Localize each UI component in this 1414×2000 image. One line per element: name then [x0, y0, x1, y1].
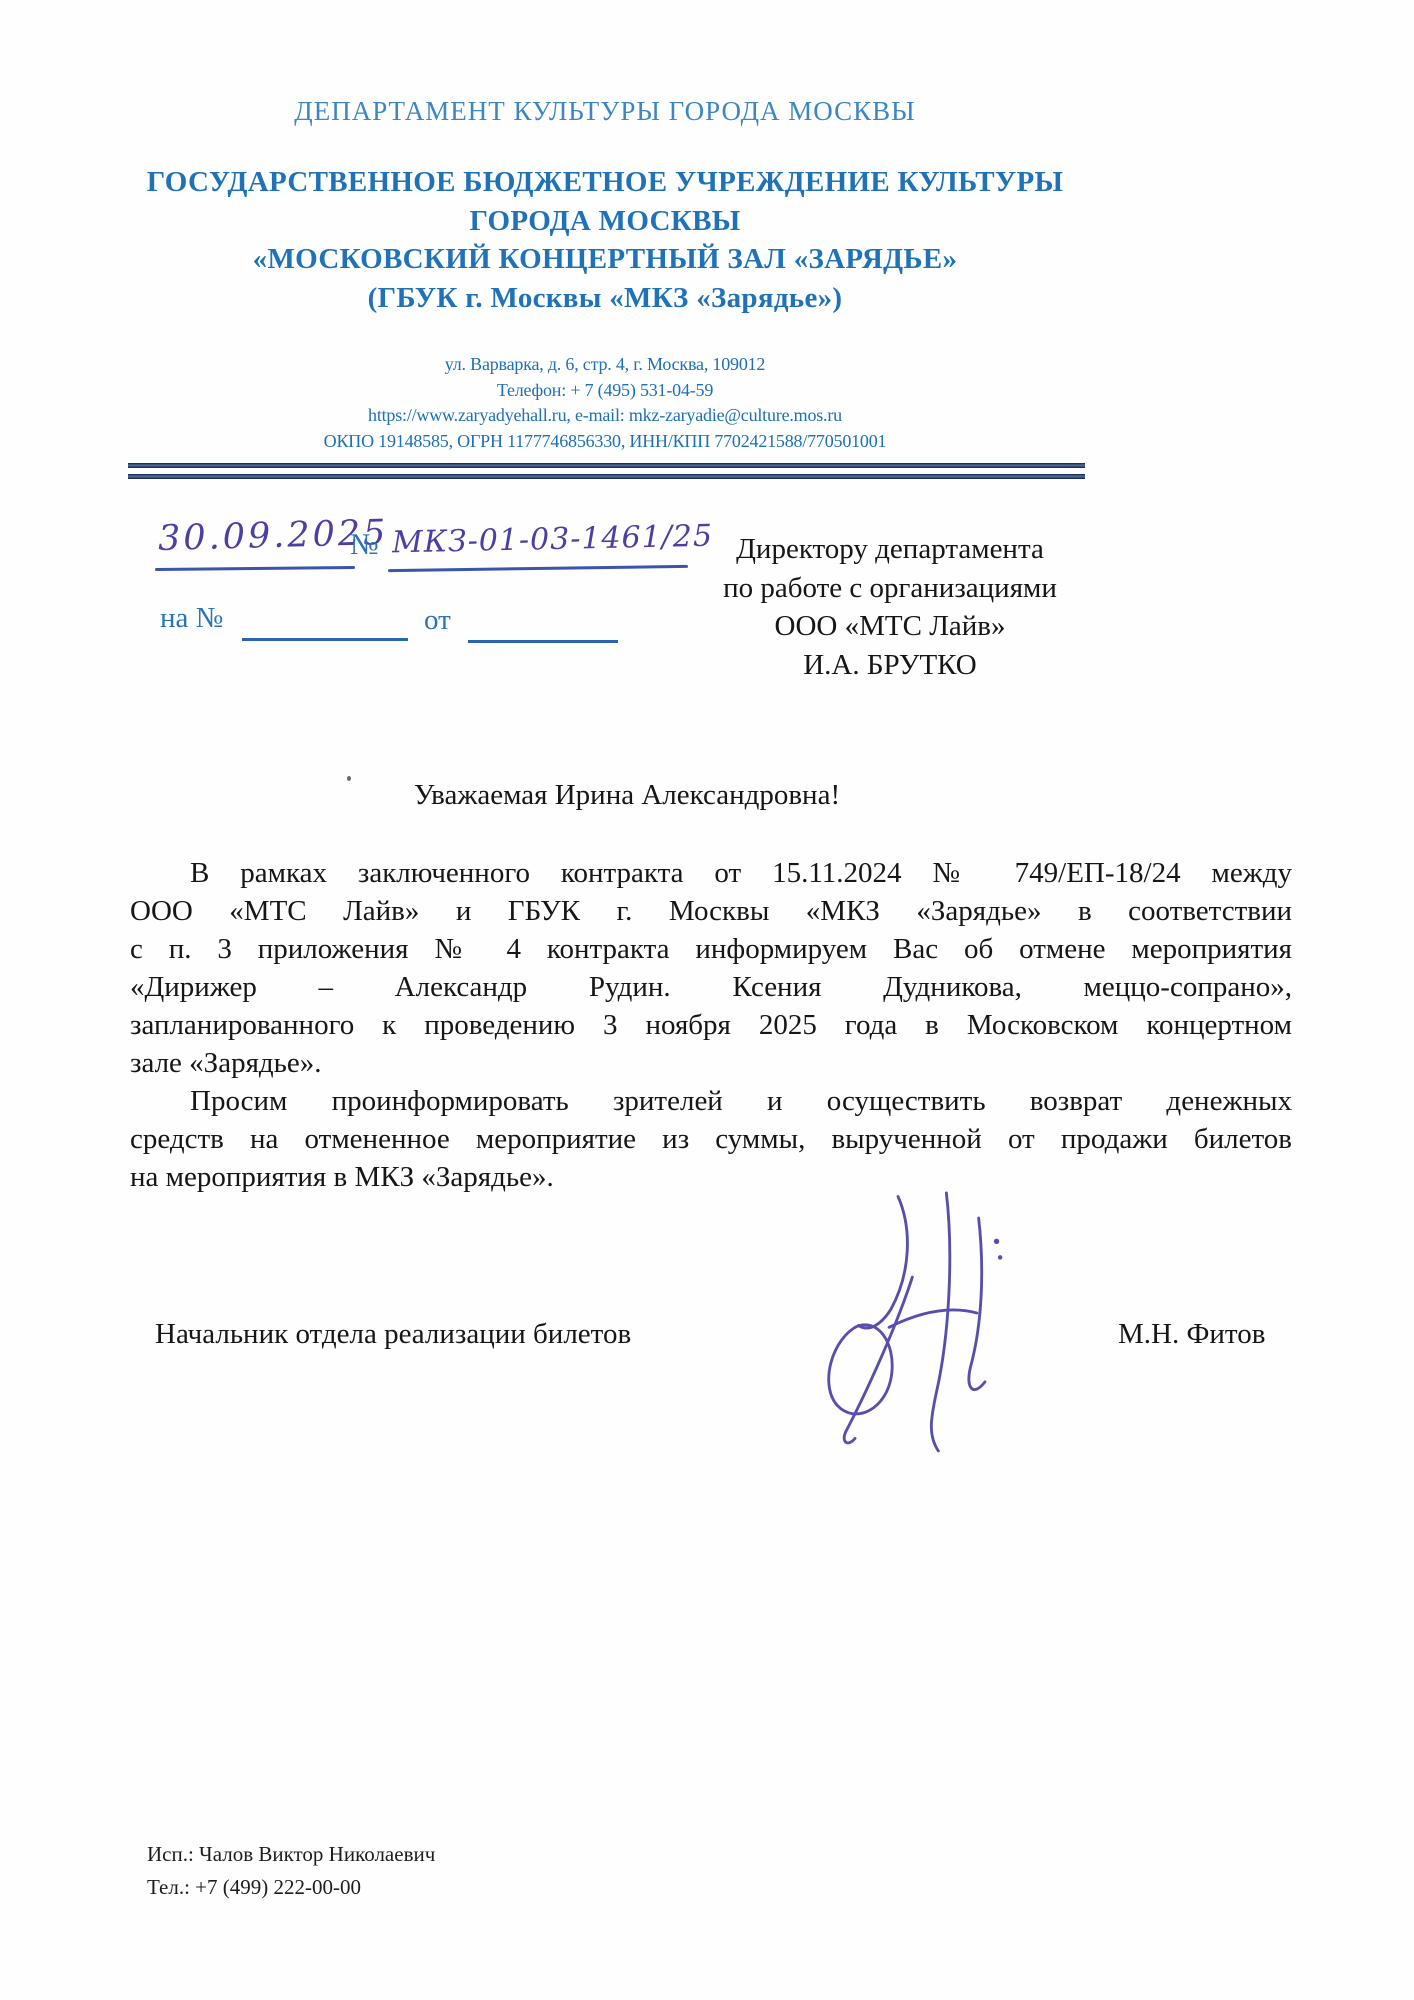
reply-date-blank-line — [468, 640, 618, 643]
signature-ink — [812, 1178, 1027, 1473]
letterhead-contacts: ул. Варварка, д. 6, стр. 4, г. Москва, 1… — [130, 352, 1080, 454]
body-line: запланированного к проведению 3 ноября 2… — [130, 1006, 1292, 1044]
recipient-line: Директору департамента — [640, 530, 1140, 569]
letterhead-phone: Телефон: + 7 (495) 531-04-59 — [130, 378, 1080, 404]
letterhead-rule-top — [128, 463, 1085, 468]
letterhead-org-line: «МОСКОВСКИЙ КОНЦЕРТНЫЙ ЗАЛ «ЗАРЯДЬЕ» — [130, 240, 1080, 279]
body-line: с п. 3 приложения № 4 контракта информир… — [130, 930, 1292, 968]
letterhead-website-email: https://www.zaryadyehall.ru, e-mail: mkz… — [130, 403, 1080, 429]
reply-from-label: от — [424, 604, 451, 637]
body-line: на мероприятия в МКЗ «Зарядье». — [130, 1158, 1292, 1196]
recipient-line: ООО «МТС Лайв» — [640, 607, 1140, 646]
date-underline — [155, 566, 355, 571]
body-line: Просим проинформировать зрителей и осуще… — [130, 1082, 1292, 1120]
letterhead-department: ДЕПАРТАМЕНТ КУЛЬТУРЫ ГОРОДА МОСКВЫ — [130, 96, 1080, 127]
executor-phone: Тел.: +7 (499) 222-00-00 — [147, 1871, 435, 1904]
body-line: В рамках заключенного контракта от 15.11… — [130, 854, 1292, 892]
letterhead-rule-bottom — [128, 474, 1085, 479]
executor-name: Исп.: Чалов Виктор Николаевич — [147, 1838, 435, 1871]
letterhead-address: ул. Варварка, д. 6, стр. 4, г. Москва, 1… — [130, 352, 1080, 378]
reply-number-blank-line — [242, 638, 408, 641]
recipient-block: Директору департамента по работе с орган… — [640, 530, 1140, 684]
recipient-line: по работе с организациями — [640, 569, 1140, 608]
body-line: зале «Зарядье». — [130, 1044, 1292, 1082]
letter-body: В рамках заключенного контракта от 15.11… — [130, 854, 1292, 1196]
reply-reference-label: на № — [160, 602, 223, 635]
body-line: средств на отмененное мероприятие из сум… — [130, 1120, 1292, 1158]
salutation: Уважаемая Ирина Александровна! — [127, 779, 1127, 812]
signee-position-title: Начальник отдела реализации билетов — [155, 1318, 631, 1351]
letterhead-org-line: ГОСУДАРСТВЕННОЕ БЮДЖЕТНОЕ УЧРЕЖДЕНИЕ КУЛ… — [130, 163, 1080, 202]
scanned-letter-page: ДЕПАРТАМЕНТ КУЛЬТУРЫ ГОРОДА МОСКВЫ ГОСУД… — [0, 0, 1414, 2000]
letterhead-org-line: (ГБУК г. Москвы «МКЗ «Зарядье») — [130, 279, 1080, 318]
signee-name: М.Н. Фитов — [1118, 1318, 1265, 1351]
number-sign: № — [350, 528, 379, 562]
recipient-line: И.А. БРУТКО — [640, 646, 1140, 685]
executor-block: Исп.: Чалов Виктор Николаевич Тел.: +7 (… — [147, 1838, 435, 1904]
body-line: ООО «МТС Лайв» и ГБУК г. Москвы «МКЗ «За… — [130, 892, 1292, 930]
letterhead-org-line: ГОРОДА МОСКВЫ — [130, 202, 1080, 241]
body-line: «Дирижер – Александр Рудин. Ксения Дудни… — [130, 968, 1292, 1006]
letterhead-organization-name: ГОСУДАРСТВЕННОЕ БЮДЖЕТНОЕ УЧРЕЖДЕНИЕ КУЛ… — [130, 163, 1080, 317]
letterhead-registration-codes: ОКПО 19148585, ОГРН 1177746856330, ИНН/К… — [130, 429, 1080, 455]
